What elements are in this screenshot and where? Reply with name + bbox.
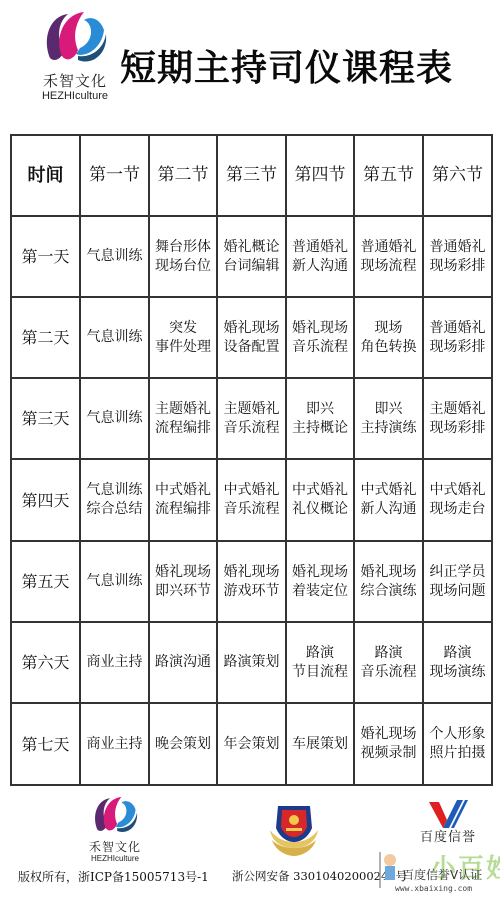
table-cell: 婚礼现场游戏环节 (217, 541, 286, 622)
table-row: 第一天 气息训练 舞台形体现场台位 婚礼概论台词编辑 普通婚礼新人沟通 普通婚礼… (11, 216, 492, 297)
cell-text: 现场彩排 (424, 419, 491, 438)
table-cell: 气息训练综合总结 (80, 459, 149, 541)
table-row: 第二天 气息训练 突发事件处理 婚礼现场设备配置 婚礼现场音乐流程 现场角色转换… (11, 297, 492, 378)
baidu-cert-text: 百度信誉V认证 (402, 866, 482, 883)
table-cell: 个人形象照片拍摄 (423, 703, 492, 785)
table-row: 第七天 商业主持 晚会策划 年会策划 车展策划 婚礼现场视频录制 个人形象照片拍… (11, 703, 492, 785)
cell-text: 现场问题 (424, 582, 491, 601)
footer-brand-name-en: HEZHIculture (70, 854, 160, 864)
footer-brand-name-cn: 禾智文化 (70, 840, 160, 854)
cell-text: 现场彩排 (424, 257, 491, 276)
brand-logo: 禾智文化 HEZHIculture (30, 8, 120, 113)
cell-text: 中式婚礼 (150, 481, 216, 500)
column-header-session-6: 第六节 (423, 135, 492, 216)
cell-text: 气息训练 (81, 247, 148, 266)
day-label: 第六天 (11, 622, 80, 703)
cell-text: 音乐流程 (218, 500, 285, 519)
cell-text: 即兴 (287, 400, 353, 419)
table-cell: 气息训练 (80, 297, 149, 378)
table-cell: 商业主持 (80, 622, 149, 703)
cell-text: 纠正学员 (424, 563, 491, 582)
cell-text: 婚礼现场 (355, 725, 422, 744)
table-cell: 气息训练 (80, 216, 149, 297)
cell-text: 主题婚礼 (150, 400, 216, 419)
table-cell: 年会策划 (217, 703, 286, 785)
cell-text: 中式婚礼 (355, 481, 422, 500)
table-cell: 即兴主持概论 (286, 378, 354, 459)
table-cell: 路演节目流程 (286, 622, 354, 703)
cell-text: 婚礼概论 (218, 238, 285, 257)
table-row: 第五天 气息训练 婚礼现场即兴环节 婚礼现场游戏环节 婚礼现场着装定位 婚礼现场… (11, 541, 492, 622)
watermark-url: www.xbaixing.com (395, 884, 472, 893)
cell-text: 节目流程 (287, 663, 353, 682)
table-cell: 气息训练 (80, 541, 149, 622)
cell-text: 流程编排 (150, 500, 216, 519)
cell-text: 气息训练 (81, 572, 148, 591)
course-schedule-table: 时间 第一节 第二节 第三节 第四节 第五节 第六节 第一天 气息训练 舞台形体… (10, 134, 493, 786)
cell-text: 综合总结 (81, 500, 148, 519)
page-header: 禾智文化 HEZHIculture 短期主持司仪课程表 (0, 0, 500, 130)
column-header-session-5: 第五节 (354, 135, 423, 216)
cell-text: 新人沟通 (287, 257, 353, 276)
cell-text: 普通婚礼 (355, 238, 422, 257)
cell-text: 普通婚礼 (424, 238, 491, 257)
day-label: 第七天 (11, 703, 80, 785)
table-cell: 即兴主持演练 (354, 378, 423, 459)
table-cell: 普通婚礼现场彩排 (423, 216, 492, 297)
cell-text: 礼仪概论 (287, 500, 353, 519)
cell-text: 现场流程 (355, 257, 422, 276)
cell-text: 音乐流程 (287, 338, 353, 357)
table-cell: 主题婚礼音乐流程 (217, 378, 286, 459)
cell-text: 婚礼现场 (287, 563, 353, 582)
cell-text: 气息训练 (81, 328, 148, 347)
cell-text: 气息训练 (81, 481, 148, 500)
cell-text: 商业主持 (81, 735, 148, 754)
table-cell: 婚礼现场设备配置 (217, 297, 286, 378)
cell-text: 婚礼现场 (355, 563, 422, 582)
day-label: 第五天 (11, 541, 80, 622)
cell-text: 婚礼现场 (287, 319, 353, 338)
cell-text: 突发 (150, 319, 216, 338)
table-cell: 婚礼现场视频录制 (354, 703, 423, 785)
table-header-row: 时间 第一节 第二节 第三节 第四节 第五节 第六节 (11, 135, 492, 216)
table-cell: 现场角色转换 (354, 297, 423, 378)
table-cell: 车展策划 (286, 703, 354, 785)
table-cell: 婚礼概论台词编辑 (217, 216, 286, 297)
day-label: 第三天 (11, 378, 80, 459)
baidu-credit-name: 百度信誉 (408, 830, 488, 846)
brand-name-en: HEZHIculture (30, 90, 120, 103)
cell-text: 主题婚礼 (424, 400, 491, 419)
table-cell: 婚礼现场即兴环节 (149, 541, 217, 622)
cell-text: 新人沟通 (355, 500, 422, 519)
table-cell: 纠正学员现场问题 (423, 541, 492, 622)
cell-text: 即兴环节 (150, 582, 216, 601)
table-cell: 晚会策划 (149, 703, 217, 785)
table-cell: 中式婚礼现场走台 (423, 459, 492, 541)
day-label: 第二天 (11, 297, 80, 378)
page-footer: 禾智文化 HEZHIculture 版权所有，浙ICP备15005713号-1 … (0, 786, 500, 900)
cell-text: 事件处理 (150, 338, 216, 357)
table-cell: 主题婚礼流程编排 (149, 378, 217, 459)
table-cell: 婚礼现场着装定位 (286, 541, 354, 622)
table-row: 第三天 气息训练 主题婚礼流程编排 主题婚礼音乐流程 即兴主持概论 即兴主持演练… (11, 378, 492, 459)
baidu-credit-logo: 百度信誉 (408, 798, 488, 846)
column-header-session-1: 第一节 (80, 135, 149, 216)
day-label: 第四天 (11, 459, 80, 541)
column-header-time: 时间 (11, 135, 80, 216)
cell-text: 现场 (355, 319, 422, 338)
column-header-session-2: 第二节 (149, 135, 217, 216)
table-cell: 路演音乐流程 (354, 622, 423, 703)
cell-text: 婚礼现场 (218, 319, 285, 338)
table-cell: 婚礼现场音乐流程 (286, 297, 354, 378)
cell-text: 现场台位 (150, 257, 216, 276)
cell-text: 着装定位 (287, 582, 353, 601)
cell-text: 音乐流程 (355, 663, 422, 682)
column-header-session-3: 第三节 (217, 135, 286, 216)
table-cell: 路演现场演练 (423, 622, 492, 703)
cell-text: 路演策划 (218, 653, 285, 672)
police-badge-icon (266, 800, 322, 858)
cell-text: 路演沟通 (150, 653, 216, 672)
cell-text: 中式婚礼 (218, 481, 285, 500)
cell-text: 游戏环节 (218, 582, 285, 601)
table-cell: 舞台形体现场台位 (149, 216, 217, 297)
cell-text: 主持概论 (287, 419, 353, 438)
table-cell: 中式婚礼流程编排 (149, 459, 217, 541)
cell-text: 现场演练 (424, 663, 491, 682)
hezhi-logo-icon (90, 794, 140, 838)
table-cell: 婚礼现场综合演练 (354, 541, 423, 622)
cell-text: 即兴 (355, 400, 422, 419)
table-cell: 普通婚礼现场彩排 (423, 297, 492, 378)
table-cell: 普通婚礼新人沟通 (286, 216, 354, 297)
table-cell: 路演策划 (217, 622, 286, 703)
cell-text: 现场彩排 (424, 338, 491, 357)
cell-text: 气息训练 (81, 409, 148, 428)
cell-text: 现场走台 (424, 500, 491, 519)
table-cell: 突发事件处理 (149, 297, 217, 378)
cell-text: 中式婚礼 (287, 481, 353, 500)
cell-text: 设备配置 (218, 338, 285, 357)
brand-name-cn: 禾智文化 (30, 72, 120, 90)
table-cell: 中式婚礼音乐流程 (217, 459, 286, 541)
cell-text: 车展策划 (287, 735, 353, 754)
page-title: 短期主持司仪课程表 (120, 44, 453, 94)
column-header-session-4: 第四节 (286, 135, 354, 216)
icp-copyright-text: 版权所有，浙ICP备15005713号-1 (18, 868, 209, 885)
cell-text: 商业主持 (81, 653, 148, 672)
footer-brand-logo: 禾智文化 HEZHIculture (70, 794, 160, 864)
hezhi-logo-icon (40, 8, 110, 70)
cell-text: 个人形象 (424, 725, 491, 744)
table-cell: 商业主持 (80, 703, 149, 785)
cell-text: 路演 (424, 644, 491, 663)
table-cell: 路演沟通 (149, 622, 217, 703)
baidu-v-icon (427, 798, 469, 830)
cell-text: 婚礼现场 (150, 563, 216, 582)
cell-text: 年会策划 (218, 735, 285, 754)
table-cell: 中式婚礼新人沟通 (354, 459, 423, 541)
cell-text: 普通婚礼 (287, 238, 353, 257)
cell-text: 普通婚礼 (424, 319, 491, 338)
cell-text: 照片拍摄 (424, 744, 491, 763)
cell-text: 台词编辑 (218, 257, 285, 276)
cell-text: 主题婚礼 (218, 400, 285, 419)
cell-text: 路演 (287, 644, 353, 663)
cell-text: 中式婚礼 (424, 481, 491, 500)
cell-text: 音乐流程 (218, 419, 285, 438)
cell-text: 角色转换 (355, 338, 422, 357)
cell-text: 视频录制 (355, 744, 422, 763)
cell-text: 流程编排 (150, 419, 216, 438)
table-row: 第四天 气息训练综合总结 中式婚礼流程编排 中式婚礼音乐流程 中式婚礼礼仪概论 … (11, 459, 492, 541)
table-cell: 中式婚礼礼仪概论 (286, 459, 354, 541)
day-label: 第一天 (11, 216, 80, 297)
table-row: 第六天 商业主持 路演沟通 路演策划 路演节目流程 路演音乐流程 路演现场演练 (11, 622, 492, 703)
cell-text: 舞台形体 (150, 238, 216, 257)
table-cell: 气息训练 (80, 378, 149, 459)
cell-text: 综合演练 (355, 582, 422, 601)
table-cell: 主题婚礼现场彩排 (423, 378, 492, 459)
cell-text: 晚会策划 (150, 735, 216, 754)
table-cell: 普通婚礼现场流程 (354, 216, 423, 297)
cell-text: 婚礼现场 (218, 563, 285, 582)
cell-text: 主持演练 (355, 419, 422, 438)
cell-text: 路演 (355, 644, 422, 663)
